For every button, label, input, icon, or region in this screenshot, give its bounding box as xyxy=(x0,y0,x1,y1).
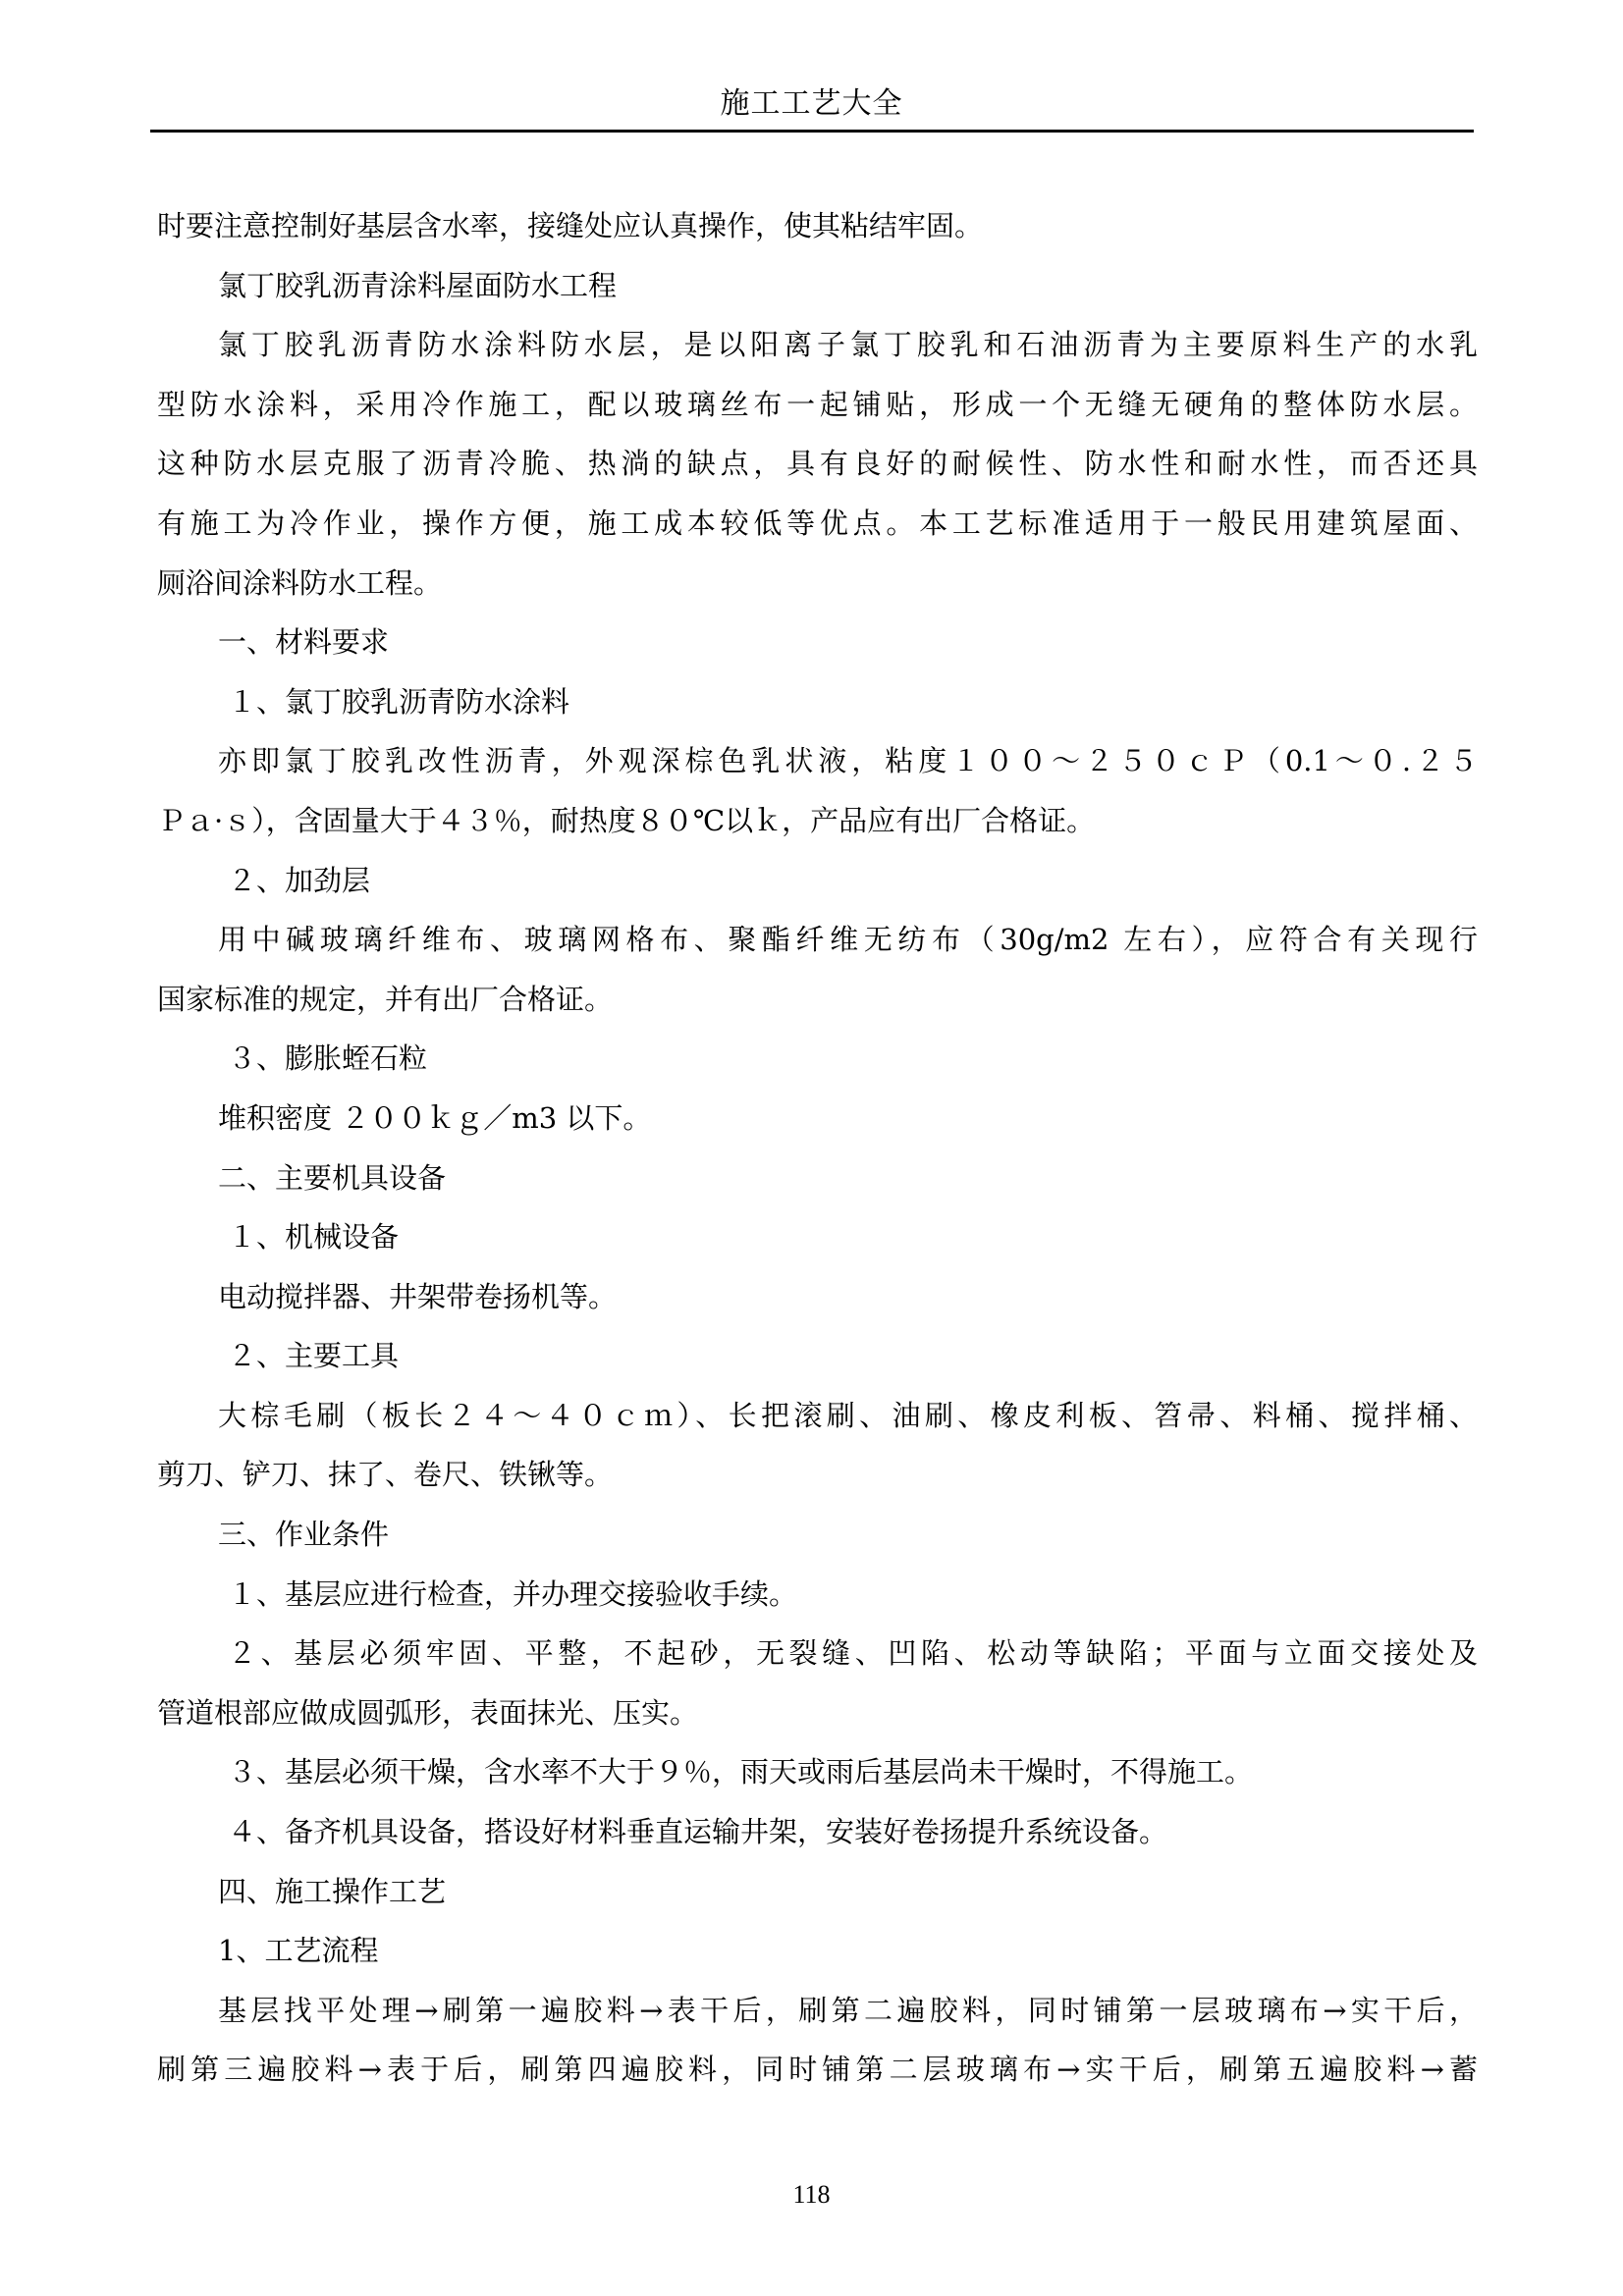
paragraph-line: 堆积密度 ２００ｋｇ／m3 以下。 xyxy=(157,1089,1478,1148)
paragraph-line: 剪刀、铲刀、抹了、卷尺、铁锹等。 xyxy=(157,1445,1478,1505)
heading-conditions: 三、作业条件 xyxy=(157,1505,1478,1565)
header-divider xyxy=(150,130,1474,133)
text-line: 时要注意控制好基层含水率，接缝处应认真操作，使其粘结牢固。 xyxy=(157,196,1478,256)
paragraph-line: 大棕毛刷（板长２４～４０ｃｍ）、长把滚刷、油刷、橡皮利板、笤帚、料桶、搅拌桶、 xyxy=(157,1386,1478,1446)
paragraph-line: 用中碱玻璃纤维布、玻璃网格布、聚酯纤维无纺布（30g/m2 左右），应符合有关现… xyxy=(157,910,1478,970)
paragraph-line: 基层找平处理→刷第一遍胶料→表干后，刷第二遍胶料，同时铺第一层玻璃布→实干后， xyxy=(157,1981,1478,2041)
list-item: ２、基层必须牢固、平整，不起砂，无裂缝、凹陷、松动等缺陷；平面与立面交接处及 xyxy=(157,1624,1478,1683)
list-item: １、基层应进行检查，并办理交接验收手续。 xyxy=(157,1565,1478,1625)
body-text: 时要注意控制好基层含水率，接缝处应认真操作，使其粘结牢固。 氯丁胶乳沥青涂料屋面… xyxy=(157,196,1478,2100)
subheading: ２、主要工具 xyxy=(157,1326,1478,1386)
subheading: １、机械设备 xyxy=(157,1207,1478,1267)
paragraph-line: 厕浴间涂料防水工程。 xyxy=(157,554,1478,614)
subheading: ２、加劲层 xyxy=(157,851,1478,911)
running-header-title: 施工工艺大全 xyxy=(0,84,1623,124)
paragraph-line: 有施工为冷作业，操作方便，施工成本较低等优点。本工艺标准适用于一般民用建筑屋面、 xyxy=(157,494,1478,554)
subheading: ３、膨胀蛭石粒 xyxy=(157,1029,1478,1089)
paragraph-line: 亦即氯丁胶乳改性沥青，外观深棕色乳状液，粘度１００～２５０ｃＰ（0.1～０.２５ xyxy=(157,731,1478,791)
heading-materials: 一、材料要求 xyxy=(157,613,1478,672)
paragraph-line: 这种防水层克服了沥青冷脆、热淌的缺点，具有良好的耐候性、防水性和耐水性，而否还具 xyxy=(157,434,1478,494)
document-page: 施工工艺大全 时要注意控制好基层含水率，接缝处应认真操作，使其粘结牢固。 氯丁胶… xyxy=(0,0,1623,2296)
heading-process: 四、施工操作工艺 xyxy=(157,1862,1478,1922)
paragraph-line: 电动搅拌器、井架带卷扬机等。 xyxy=(157,1267,1478,1327)
paragraph-line: 国家标准的规定，并有出厂合格证。 xyxy=(157,970,1478,1030)
paragraph-line: 管道根部应做成圆弧形，表面抹光、压实。 xyxy=(157,1683,1478,1743)
list-item: ３、基层必须干燥，含水率不大于９％，雨天或雨后基层尚未干燥时，不得施工。 xyxy=(157,1742,1478,1802)
paragraph-line: 型防水涂料，采用冷作施工，配以玻璃丝布一起铺贴，形成一个无缝无硬角的整体防水层。 xyxy=(157,375,1478,435)
paragraph-line: Ｐａ·ｓ），含固量大于４３％，耐热度８０℃以ｋ，产品应有出厂合格证。 xyxy=(157,791,1478,851)
paragraph-line: 刷第三遍胶料→表于后，刷第四遍胶料，同时铺第二层玻璃布→实干后，刷第五遍胶料→蓄 xyxy=(157,2040,1478,2100)
subheading: １、氯丁胶乳沥青防水涂料 xyxy=(157,672,1478,732)
section-title: 氯丁胶乳沥青涂料屋面防水工程 xyxy=(157,256,1478,316)
heading-equipment: 二、主要机具设备 xyxy=(157,1148,1478,1208)
subheading: 1、工艺流程 xyxy=(157,1921,1478,1981)
list-item: ４、备齐机具设备，搭设好材料垂直运输井架，安装好卷扬提升系统设备。 xyxy=(157,1802,1478,1862)
page-number: 118 xyxy=(0,2180,1623,2210)
paragraph-line: 氯丁胶乳沥青防水涂料防水层，是以阳离子氯丁胶乳和石油沥青为主要原料生产的水乳 xyxy=(157,315,1478,375)
